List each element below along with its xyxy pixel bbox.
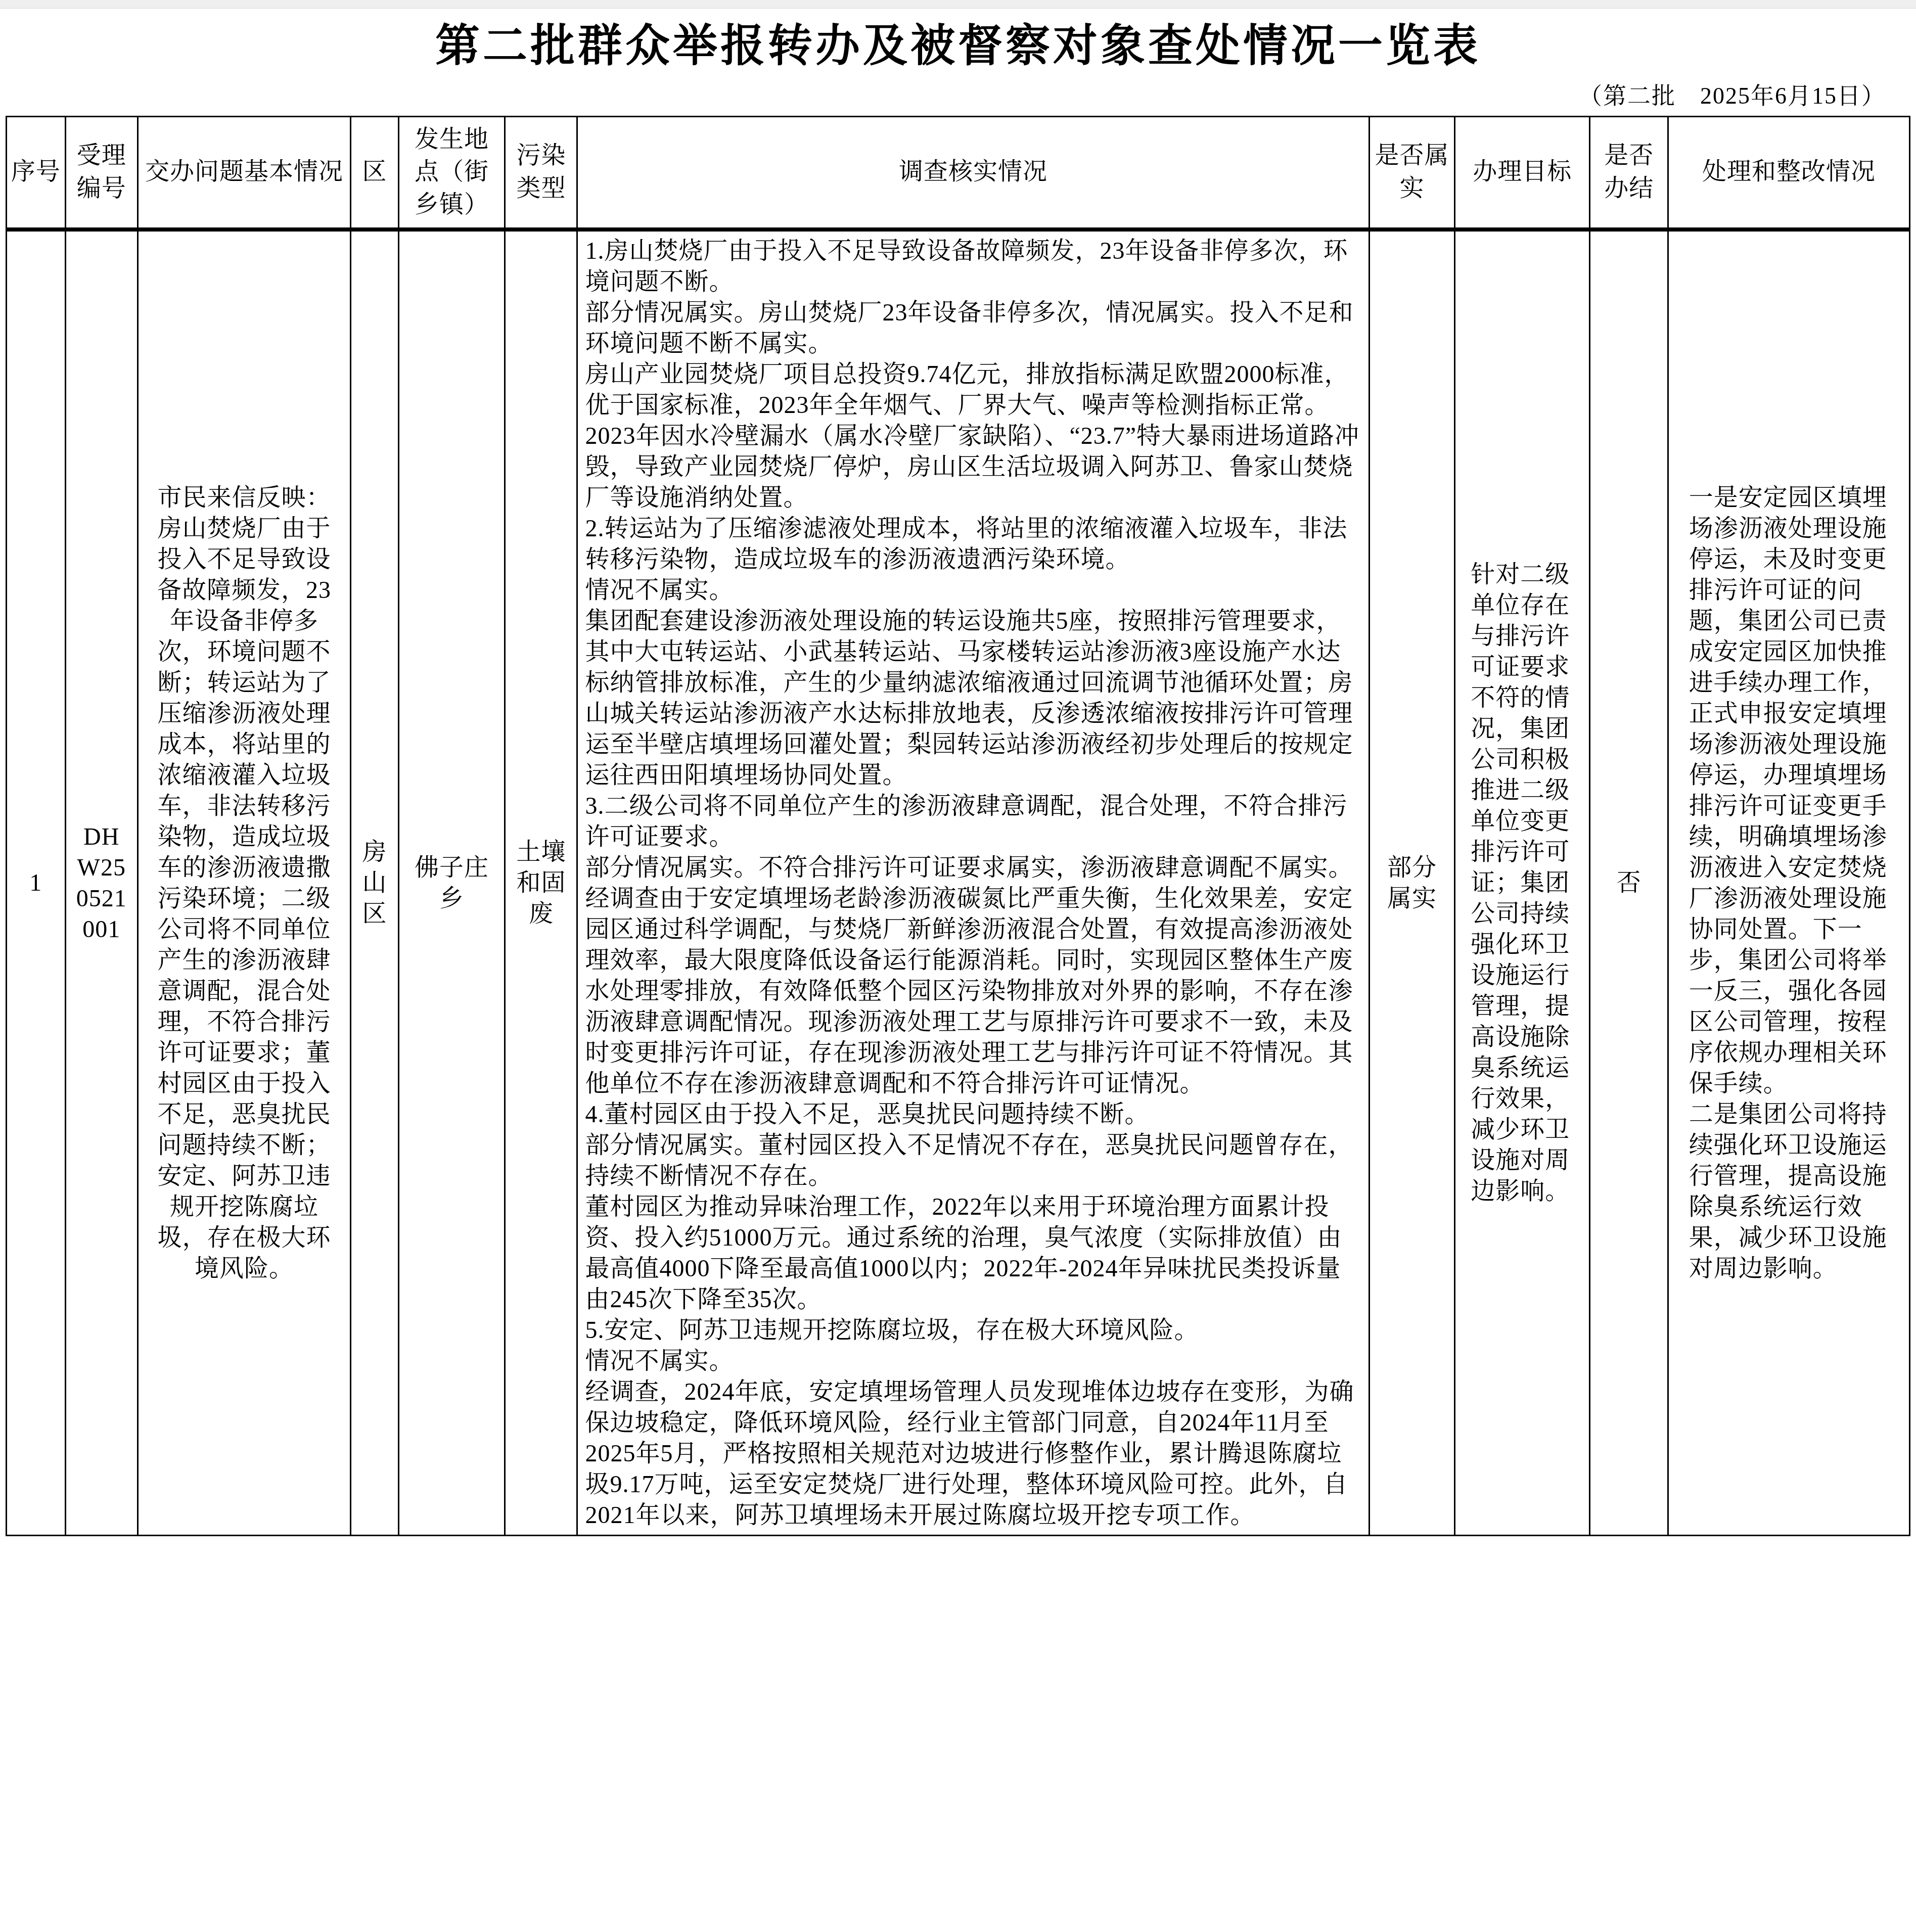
cell-district: 房山区 xyxy=(351,229,398,1536)
cell-pollution-type: 土壤和固废 xyxy=(505,229,577,1536)
cell-problem: 市民来信反映：房山焚烧厂由于投入不足导致设备故障频发，23年设备非停多次，环境问… xyxy=(138,229,351,1536)
header-pollution-type: 污染类型 xyxy=(505,116,577,229)
document-page: 第二批群众举报转办及被督察对象查处情况一览表 （第二批 2025年6月15日） … xyxy=(0,0,1916,1932)
cell-is-true: 部分属实 xyxy=(1369,229,1454,1536)
header-case-no: 受理编号 xyxy=(65,116,138,229)
header-rectification: 处理和整改情况 xyxy=(1668,116,1909,229)
header-district: 区 xyxy=(351,116,398,229)
cell-is-closed: 否 xyxy=(1590,229,1668,1536)
page-top-strip xyxy=(0,0,1916,9)
header-row: 序号 受理编号 交办问题基本情况 区 发生地点（街乡镇） 污染类型 调查核实情况… xyxy=(7,116,1910,229)
header-location: 发生地点（街乡镇） xyxy=(398,116,505,229)
cell-index: 1 xyxy=(7,229,66,1536)
table-row: 1 DHW250521001 市民来信反映：房山焚烧厂由于投入不足导致设备故障频… xyxy=(7,229,1910,1536)
header-goal: 办理目标 xyxy=(1455,116,1590,229)
cell-location: 佛子庄乡 xyxy=(398,229,505,1536)
report-table: 序号 受理编号 交办问题基本情况 区 发生地点（街乡镇） 污染类型 调查核实情况… xyxy=(6,116,1910,1536)
header-is-closed: 是否办结 xyxy=(1590,116,1668,229)
page-subtitle: （第二批 2025年6月15日） xyxy=(0,76,1916,116)
page-title: 第二批群众举报转办及被督察对象查处情况一览表 xyxy=(0,9,1916,76)
header-problem: 交办问题基本情况 xyxy=(138,116,351,229)
cell-goal: 针对二级单位存在与排污许可证要求不符的情况，集团公司积极推进二级单位变更排污许可… xyxy=(1455,229,1590,1536)
header-is-true: 是否属实 xyxy=(1369,116,1454,229)
cell-investigation: 1.房山焚烧厂由于投入不足导致设备故障频发，23年设备非停多次，环境问题不断。 … xyxy=(577,229,1369,1536)
header-investigation: 调查核实情况 xyxy=(577,116,1369,229)
cell-case-no: DHW250521001 xyxy=(65,229,138,1536)
header-index: 序号 xyxy=(7,116,66,229)
cell-rectification: 一是安定园区填埋场渗沥液处理设施停运，未及时变更排污许可证的问题，集团公司已责成… xyxy=(1668,229,1909,1536)
